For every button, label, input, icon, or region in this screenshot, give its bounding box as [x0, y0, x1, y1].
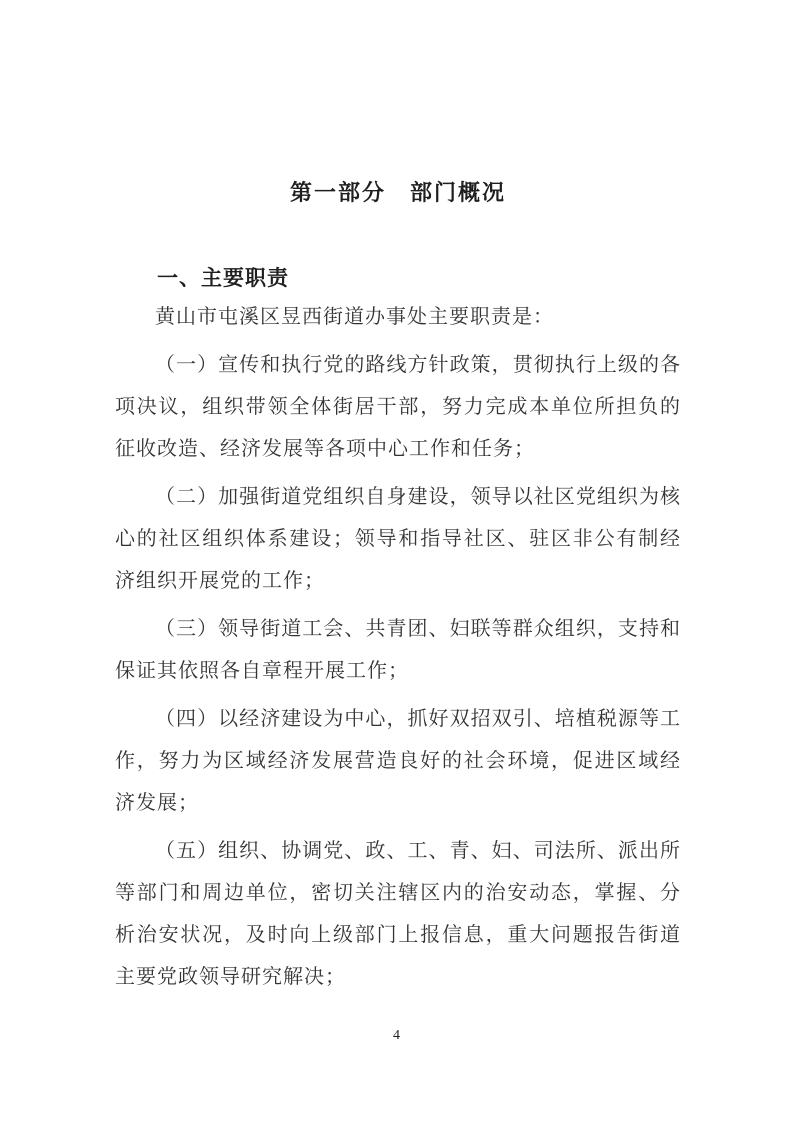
page-number: 4: [393, 1028, 400, 1043]
duty-item-2: （二）加强街道党组织自身建设，领导以社区党组织为核心的社区组织体系建设；领导和指…: [115, 476, 681, 602]
document-title: 第一部分 部门概况: [115, 176, 681, 210]
section-heading: 一、主要职责: [115, 262, 681, 296]
document-page: 第一部分 部门概况 一、主要职责 黄山市屯溪区昱西街道办事处主要职责是： （一）…: [0, 0, 793, 1122]
duty-item-4: （四）以经济建设为中心，抓好双招双引、培植税源等工作，努力为区域经济发展营造良好…: [115, 698, 681, 824]
duty-item-5: （五）组织、协调党、政、工、青、妇、司法所、派出所等部门和周边单位，密切关注辖区…: [115, 830, 681, 998]
duty-item-1: （一）宣传和执行党的路线方针政策，贯彻执行上级的各项决议，组织带领全体街居干部，…: [115, 344, 681, 470]
section-intro-paragraph: 黄山市屯溪区昱西街道办事处主要职责是：: [115, 296, 681, 338]
page-footer: 4: [0, 1026, 793, 1044]
duty-item-3: （三）领导街道工会、共青团、妇联等群众组织，支持和保证其依照各自章程开展工作；: [115, 608, 681, 692]
